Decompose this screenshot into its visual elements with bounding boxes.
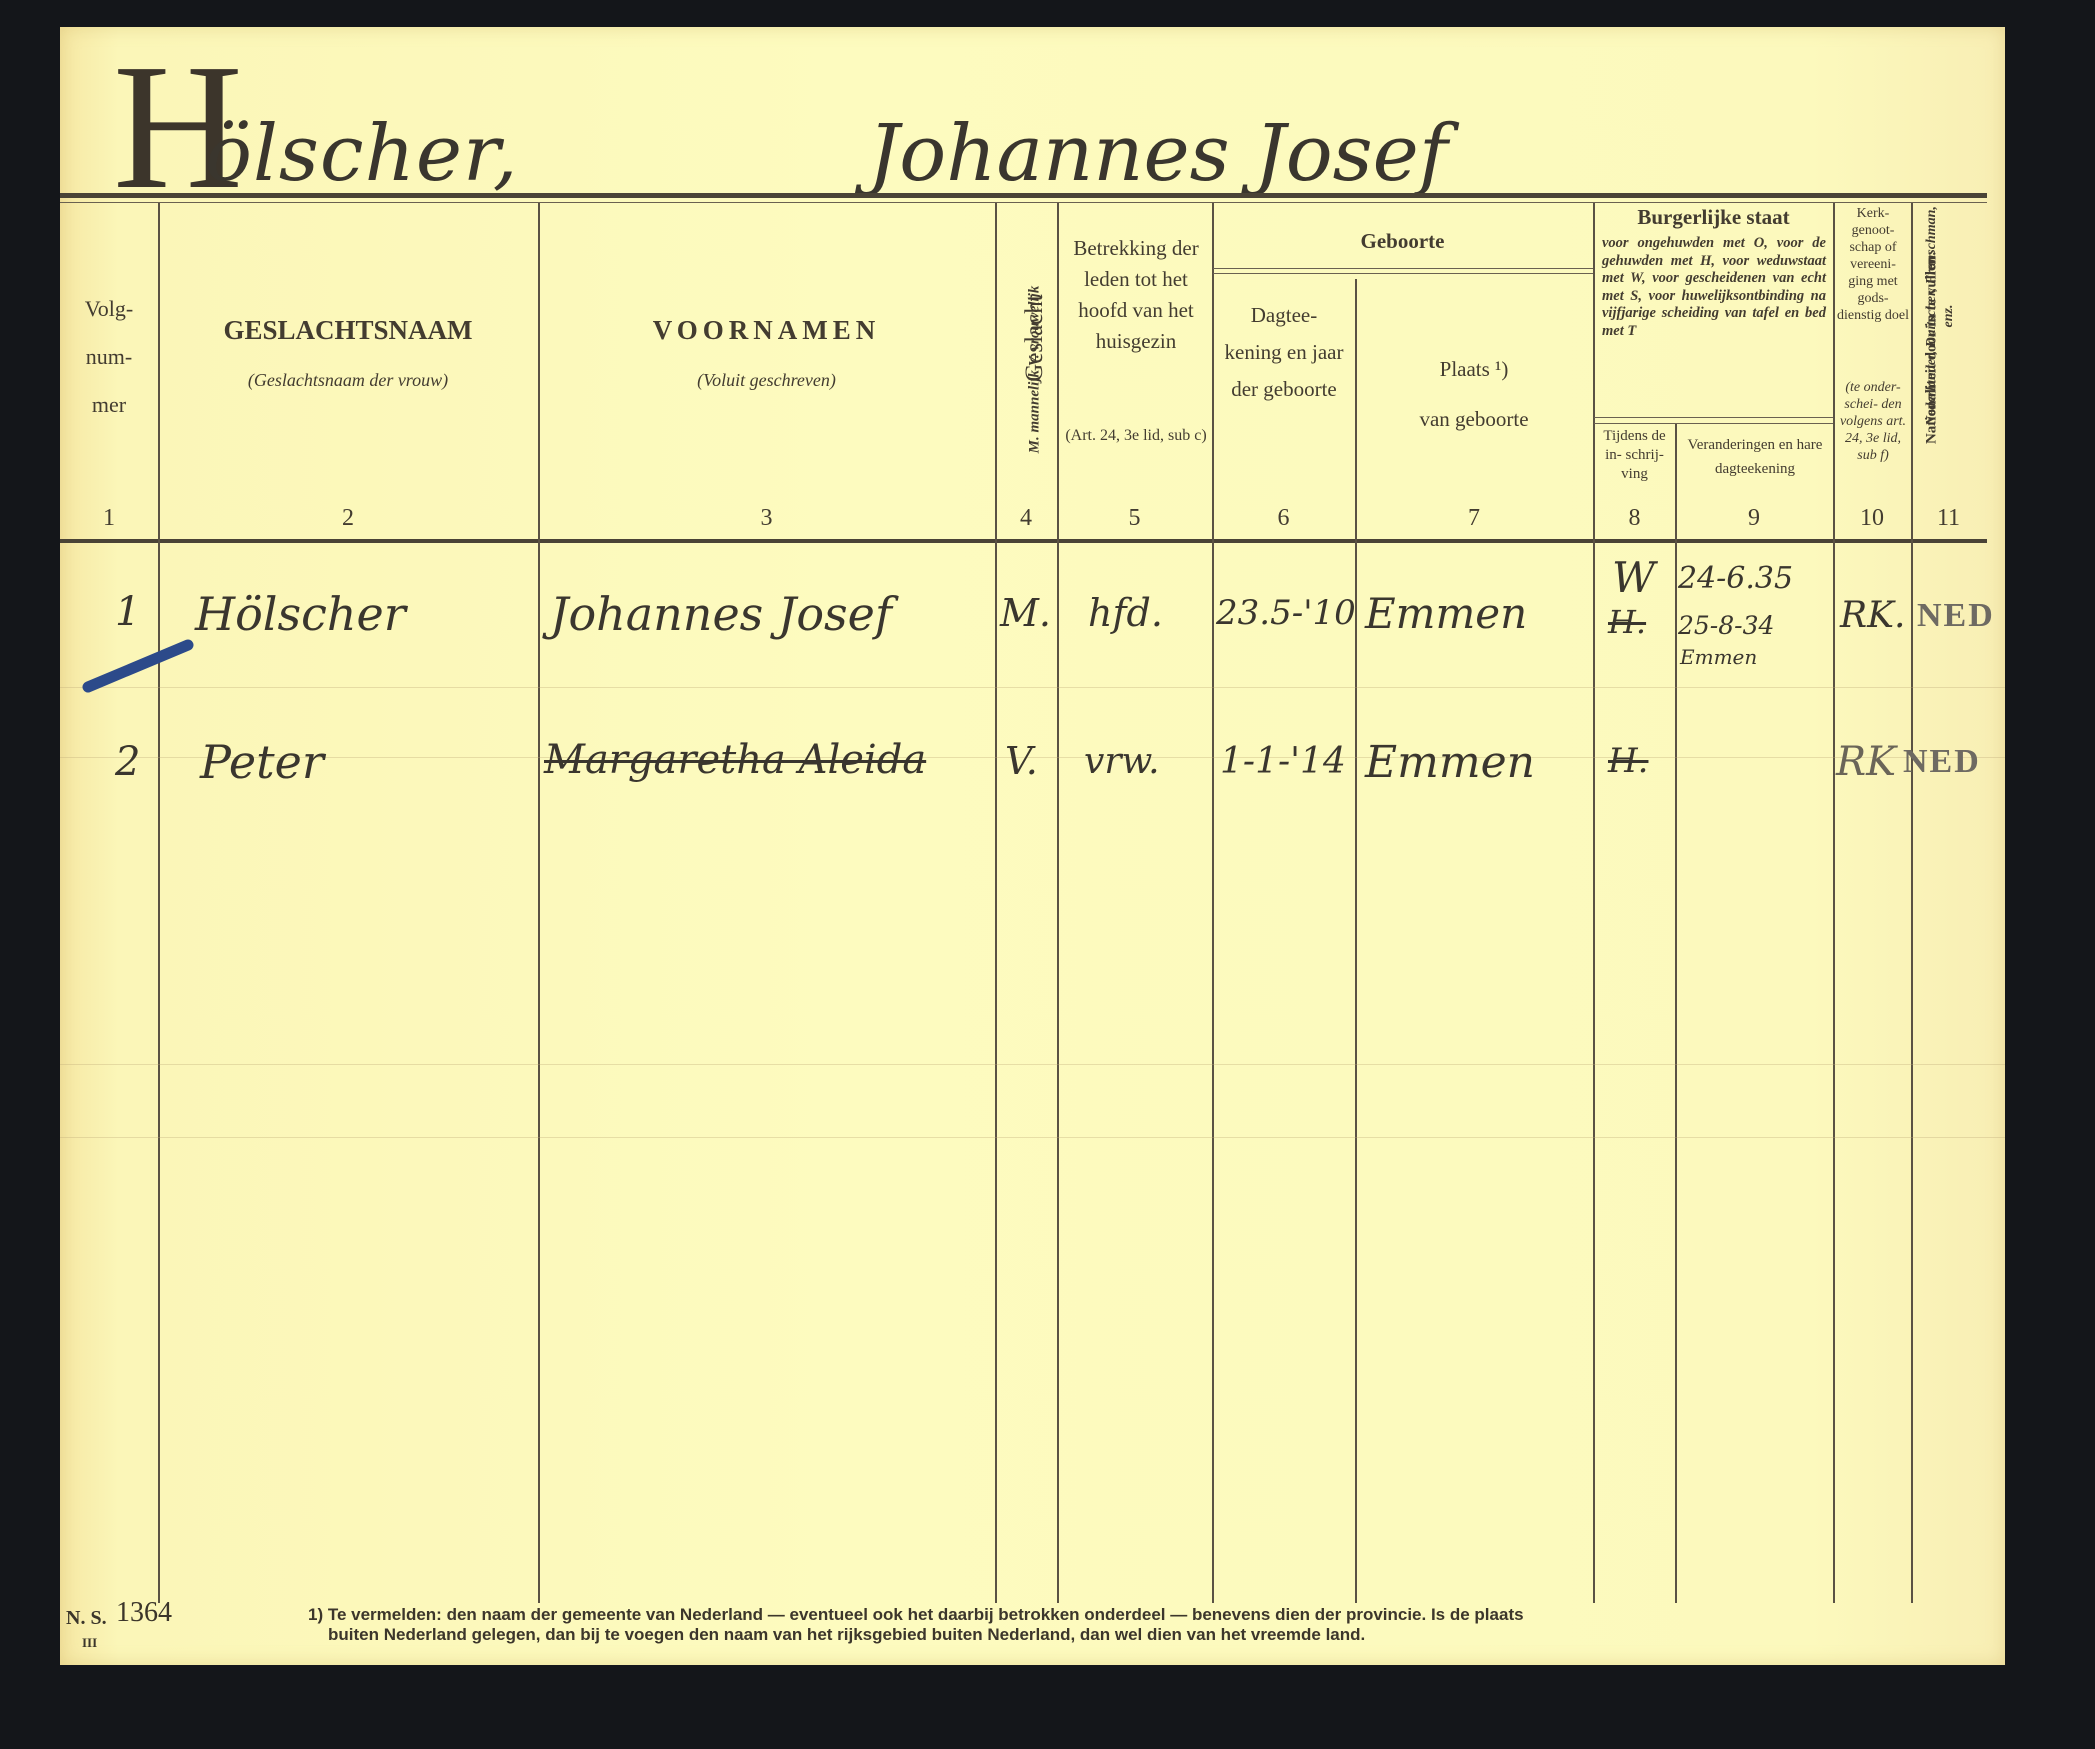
column-number: 5 — [1057, 505, 1212, 532]
column-divider — [1355, 279, 1357, 1603]
row1-verandering-3: Emmen — [1680, 645, 1757, 669]
row1-nationaliteit-stamp: NED — [1917, 597, 1995, 635]
column-divider — [158, 203, 160, 1603]
geboorte-divider — [1213, 273, 1593, 274]
column-divider — [1212, 203, 1214, 1603]
row2-kerkgenootschap: RK — [1836, 739, 1896, 785]
header-geslacht-sub: M. mannelijk V. vrouwelijk — [1027, 245, 1044, 495]
column-number: 9 — [1675, 505, 1833, 532]
form-number: 1364 — [116, 1597, 172, 1629]
header-geslachtsnaam-sub: (Geslachtsnaam der vrouw) — [158, 370, 538, 391]
footnote-line-2: buiten Nederland gelegen, dan bij te voe… — [328, 1625, 1908, 1645]
column-divider — [1057, 203, 1059, 1603]
row2-geslachtsnaam: Peter — [200, 735, 324, 789]
column-number: 3 — [538, 505, 995, 532]
column-number: 4 — [995, 505, 1057, 532]
header-geboorte: Geboorte — [1212, 229, 1593, 254]
header-betrekking-sub: (Art. 24, 3e lid, sub c) — [1060, 424, 1212, 448]
header-dagteekening: Dagtee- kening en jaar der geboorte — [1220, 297, 1348, 408]
burgerlijke-staat-divider — [1594, 423, 1833, 424]
row1-staat-correctie: W — [1612, 553, 1655, 602]
header-tijdens-inschrijving: Tijdens de in- schrij- ving — [1594, 427, 1675, 484]
geboorte-divider — [1213, 268, 1593, 269]
header-plaats: Plaats ¹) — [1355, 357, 1593, 382]
header-plaats-sub: van geboorte — [1355, 407, 1593, 432]
row1-voornamen: Johannes Josef — [550, 587, 892, 641]
header-veranderingen: Veranderingen en hare dagteekening — [1677, 433, 1833, 481]
row2-voornamen: Margaretha Aleida — [544, 737, 926, 783]
column-divider — [1911, 203, 1913, 1603]
column-number: 7 — [1355, 505, 1593, 532]
column-divider — [1593, 203, 1595, 1603]
row2-volgnummer: 2 — [115, 739, 140, 785]
ruled-line — [60, 687, 2005, 688]
row2-geslacht: V. — [1005, 739, 1038, 783]
column-divider — [1675, 423, 1677, 1603]
row2-betrekking: vrw. — [1084, 741, 1160, 782]
row1-kerkgenootschap: RK. — [1840, 595, 1905, 636]
header-voornamen: VOORNAMEN — [538, 315, 995, 346]
column-divider — [1833, 203, 1835, 1603]
ruled-line — [60, 1137, 2005, 1138]
column-number: 1 — [60, 505, 158, 532]
row1-geboorteplaats: Emmen — [1365, 589, 1527, 638]
header-geslachtsnaam: GESLACHTSNAAM — [158, 315, 538, 346]
row2-staat-inschrijving: H. — [1608, 741, 1648, 781]
row2-geboortedatum: 1-1-'14 — [1220, 741, 1346, 782]
row1-staat-inschrijving: H. — [1608, 603, 1646, 641]
header-top-rule-thin — [60, 202, 1987, 203]
column-number: 10 — [1833, 505, 1911, 532]
column-number: 11 — [1911, 505, 1986, 532]
blue-check-mark-icon — [80, 637, 200, 697]
row1-betrekking: hfd. — [1088, 591, 1163, 635]
title-surname: ölscher, — [205, 109, 519, 199]
header-kerkgenootschap: Kerk- genoot- schap of vereeni- ging met… — [1836, 205, 1910, 324]
title-given-names: Johannes Josef — [868, 109, 1448, 199]
header-kerkgenootschap-sub: (te onder- schei- den volgens art. 24, 3… — [1836, 379, 1910, 464]
header-burgerlijke-staat: Burgerlijke staat — [1594, 205, 1833, 230]
row1-geboortedatum: 23.5-'10 — [1216, 593, 1356, 633]
header-nationaliteit-sub: Nederlander, Duitscher, Franschman, enz. — [1923, 196, 1957, 436]
header-volgnummer: Volg- num- mer — [60, 285, 158, 429]
row1-verandering-1: 24-6.35 — [1678, 561, 1793, 596]
form-series: III — [82, 1635, 97, 1651]
column-number: 8 — [1594, 505, 1675, 532]
form-code: N. S. — [66, 1607, 107, 1630]
header-betrekking: Betrekking der leden tot het hoofd van h… — [1060, 233, 1212, 357]
ruled-line — [60, 1064, 2005, 1065]
footnote-line-1: 1) Te vermelden: den naam der gemeente v… — [308, 1605, 1908, 1625]
header-voornamen-sub: (Voluit geschreven) — [538, 370, 995, 391]
header-top-rule — [60, 193, 1987, 198]
header-bottom-rule — [60, 539, 1987, 543]
row1-geslachtsnaam: Hölscher — [195, 587, 406, 641]
column-number: 2 — [158, 505, 538, 532]
column-number: 6 — [1212, 505, 1355, 532]
column-divider — [538, 203, 540, 1603]
row1-geslacht: M. — [1000, 591, 1051, 635]
burgerlijke-staat-divider — [1594, 417, 1833, 418]
row2-nationaliteit-stamp: NED — [1903, 743, 1981, 781]
registration-card: H ölscher, Johannes Josef Volg- num- mer… — [60, 27, 2005, 1665]
column-divider — [995, 203, 997, 1603]
row2-geboorteplaats: Emmen — [1365, 737, 1535, 788]
row1-verandering-2: 25-8-34 — [1678, 611, 1774, 640]
header-burgerlijke-staat-note: voor ongehuwden met O, voor de gehuwden … — [1602, 235, 1826, 340]
row1-volgnummer: 1 — [115, 589, 140, 635]
